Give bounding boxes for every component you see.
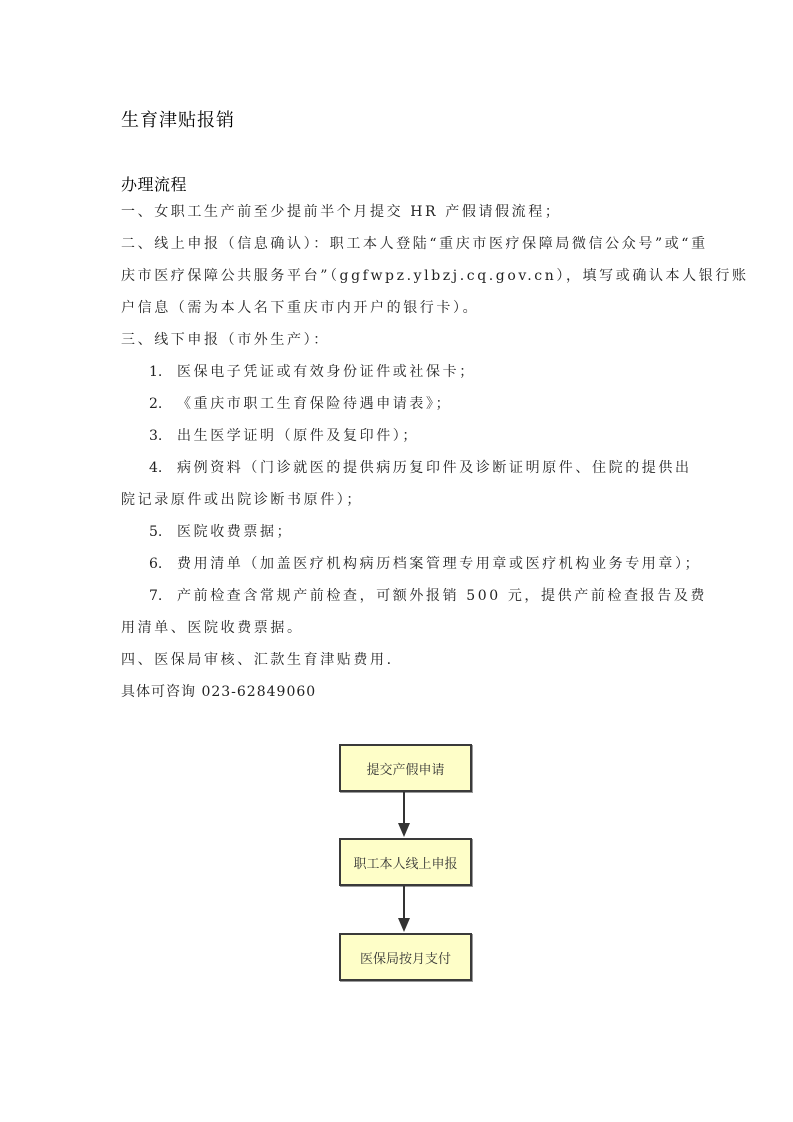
flow-step-label: 提交产假申请 <box>366 759 444 778</box>
document-page: 生育津贴报销 办理流程 一、女职工生产前至少提前半个月提交 HR 产假请假流程；… <box>0 0 793 1122</box>
flow-step-label: 医保局按月支付 <box>360 948 451 967</box>
flow-arrow-line <box>403 792 405 824</box>
flow-arrow-line <box>403 886 405 919</box>
flow-step-monthly-payment: 医保局按月支付 <box>339 933 472 981</box>
flow-step-label: 职工本人线上申报 <box>353 853 457 872</box>
flow-step-submit-leave: 提交产假申请 <box>339 744 472 792</box>
flow-step-online-declare: 职工本人线上申报 <box>339 838 472 886</box>
arrow-down-icon <box>398 918 410 932</box>
flowchart: 提交产假申请 职工本人线上申报 医保局按月支付 <box>0 0 793 1122</box>
arrow-down-icon <box>398 823 410 837</box>
